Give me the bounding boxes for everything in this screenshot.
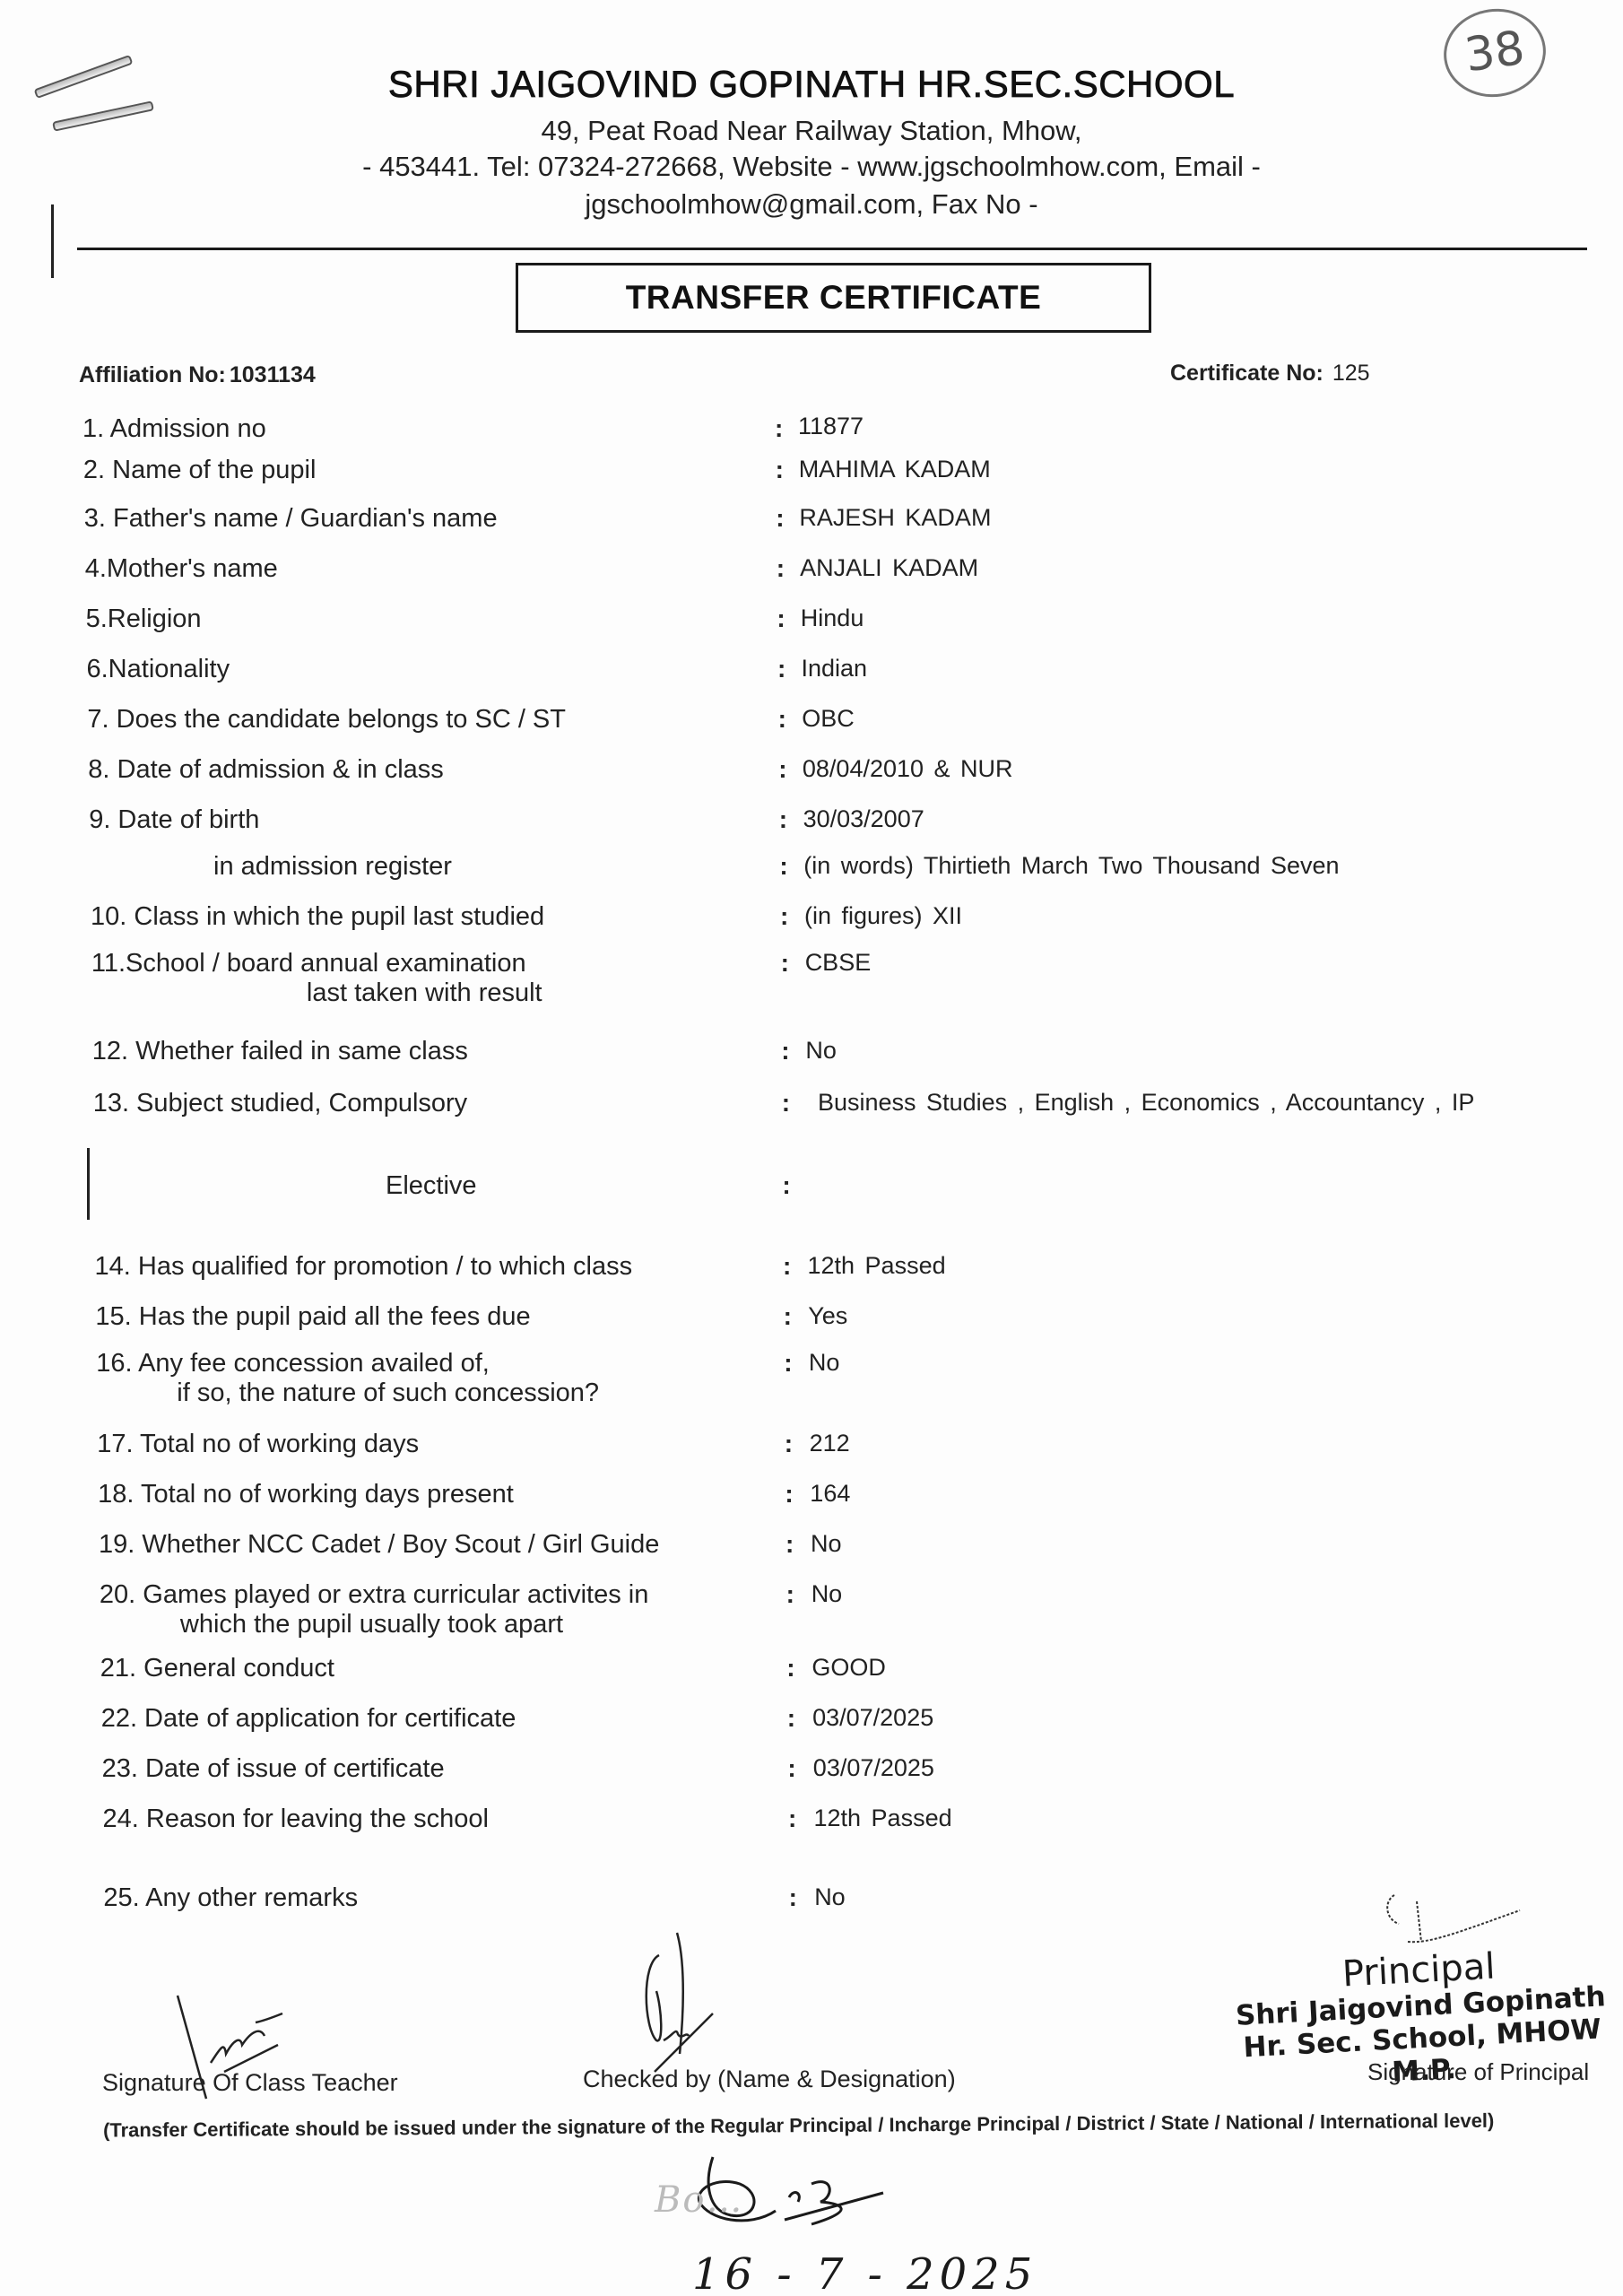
field-colon: : — [777, 655, 785, 683]
field-colon: : — [787, 1754, 795, 1783]
field-value: Indian — [802, 655, 868, 683]
field-label: 15. Has the pupil paid all the fees due — [95, 1302, 530, 1332]
field-value: 11877 — [798, 413, 864, 440]
field-label-text: 12. Whether failed in same class — [92, 1037, 468, 1065]
address-line-3: jgschoolmhow@gmail.com, Fax No - — [0, 188, 1623, 221]
field-value: 164 — [810, 1480, 850, 1508]
field-colon: : — [785, 1480, 793, 1509]
field-value: 12th Passed — [808, 1252, 946, 1280]
field-colon: : — [784, 1302, 792, 1331]
field-label: 13. Subject studied, Compulsory — [93, 1089, 468, 1118]
address-line-1: 49, Peat Road Near Railway Station, Mhow… — [0, 115, 1623, 147]
field-label: 23. Date of issue of certificate — [102, 1754, 445, 1784]
field-colon: : — [785, 1430, 793, 1458]
field-label: 25. Any other remarks — [103, 1883, 358, 1913]
field-value: (in words) Thirtieth March Two Thousand … — [803, 852, 1339, 880]
footer-note: (Transfer Certificate should be issued u… — [103, 2109, 1538, 2142]
field-colon: : — [783, 1252, 791, 1281]
field-label-text: 23. Date of issue of certificate — [102, 1754, 445, 1783]
field-value: Hindu — [801, 604, 864, 632]
certificate-number: Certificate No:125 — [1170, 361, 1370, 387]
field-label-text: 19. Whether NCC Cadet / Boy Scout / Girl… — [99, 1530, 659, 1559]
affiliation-value: 1031134 — [230, 362, 316, 387]
field-value: 212 — [810, 1430, 850, 1457]
field-colon: : — [775, 414, 783, 443]
field-value: OBC — [802, 705, 855, 733]
field-label: 9. Date of birth — [89, 805, 259, 835]
checked-by-label: Checked by (Name & Designation) — [583, 2066, 956, 2093]
certificate-value: 125 — [1332, 361, 1370, 386]
field-label-subtext: if so, the nature of such concession? — [96, 1378, 599, 1408]
field-label: 5.Religion — [86, 604, 202, 634]
certificate-title: TRANSFER CERTIFICATE — [626, 279, 1042, 317]
field-colon: : — [776, 504, 784, 533]
field-colon: : — [789, 1883, 797, 1912]
field-label-text: 15. Has the pupil paid all the fees due — [95, 1302, 530, 1331]
field-value: Business Studies , English , Economics ,… — [818, 1089, 1474, 1117]
field-value: No — [809, 1349, 840, 1377]
field-label: 10. Class in which the pupil last studie… — [91, 902, 544, 932]
field-label: 20. Games played or extra curricular act… — [100, 1580, 648, 1639]
margin-mark — [87, 1148, 90, 1220]
field-value: Yes — [808, 1302, 847, 1330]
field-value: CBSE — [805, 949, 872, 977]
field-label-text: 8. Date of admission & in class — [88, 755, 444, 784]
field-label-text: 11.School / board annual examination — [91, 949, 526, 978]
field-label-text: 21. General conduct — [100, 1654, 334, 1683]
field-colon: : — [777, 554, 785, 583]
school-name: SHRI JAIGOVIND GOPINATH HR.SEC.SCHOOL — [0, 63, 1623, 106]
field-value: No — [811, 1580, 843, 1608]
field-colon: : — [779, 852, 787, 881]
field-label: 11.School / board annual examinationlast… — [91, 949, 542, 1008]
certificate-title-box: TRANSFER CERTIFICATE — [516, 263, 1151, 333]
field-label: 21. General conduct — [100, 1654, 334, 1683]
field-value: (in figures) XII — [804, 902, 962, 930]
affiliation-label: Affiliation No: — [79, 362, 226, 387]
field-colon: : — [777, 604, 785, 633]
handwritten-date: 16 - 7 - 2025 — [692, 2249, 1037, 2296]
field-colon: : — [786, 1580, 794, 1609]
field-label: 24. Reason for leaving the school — [103, 1805, 489, 1834]
field-label: 18. Total no of working days present — [98, 1480, 514, 1509]
field-value: No — [805, 1037, 837, 1065]
field-label-text: 10. Class in which the pupil last studie… — [91, 902, 544, 931]
field-label-text: 16. Any fee concession availed of, — [96, 1349, 490, 1378]
field-value: 30/03/2007 — [803, 805, 924, 833]
affiliation-number: Affiliation No:1031134 — [79, 362, 316, 388]
field-colon: : — [786, 1654, 794, 1683]
field-label: 17. Total no of working days — [97, 1430, 419, 1459]
field-value: No — [814, 1883, 846, 1911]
principal-signature-label: Signature of Principal — [1367, 2058, 1589, 2086]
field-label-text: 7. Does the candidate belongs to SC / ST — [87, 705, 566, 734]
field-label-text: 17. Total no of working days — [97, 1430, 419, 1458]
address-line-2: - 453441. Tel: 07324-272668, Website - w… — [0, 151, 1623, 183]
field-value: 03/07/2025 — [813, 1754, 934, 1782]
field-value: No — [811, 1530, 842, 1558]
field-colon: : — [781, 949, 789, 978]
field-label: 12. Whether failed in same class — [92, 1037, 468, 1066]
header-divider — [77, 248, 1587, 250]
field-colon: : — [778, 755, 786, 784]
field-label-text: 5.Religion — [86, 604, 202, 633]
field-label-subtext: which the pupil usually took apart — [100, 1610, 648, 1639]
field-label-text: 14. Has qualified for promotion / to whi… — [95, 1252, 633, 1281]
field-value: 08/04/2010 & NUR — [803, 755, 1013, 783]
field-colon: : — [779, 805, 787, 834]
field-value: 12th Passed — [814, 1805, 952, 1832]
field-label-text: 24. Reason for leaving the school — [103, 1805, 489, 1833]
field-colon: : — [785, 1530, 794, 1559]
field-colon: : — [780, 902, 788, 931]
field-colon: : — [782, 1171, 790, 1200]
field-value: ANJALI KADAM — [800, 554, 978, 582]
field-label: 2. Name of the pupil — [83, 456, 317, 485]
field-label-text: 20. Games played or extra curricular act… — [100, 1580, 648, 1609]
transfer-certificate-page: 38 SHRI JAIGOVIND GOPINATH HR.SEC.SCHOOL… — [0, 0, 1623, 2296]
field-label: 6.Nationality — [87, 655, 230, 684]
field-value: RAJESH KADAM — [799, 504, 991, 532]
field-label: Elective — [386, 1171, 477, 1201]
field-label-text: 6.Nationality — [87, 655, 230, 683]
field-value: MAHIMA KADAM — [799, 456, 991, 483]
class-teacher-signature-label: Signature Of Class Teacher — [102, 2069, 398, 2097]
field-colon: : — [788, 1805, 796, 1833]
field-label-text: 22. Date of application for certificate — [101, 1704, 516, 1733]
field-label: 16. Any fee concession availed of,if so,… — [96, 1349, 599, 1408]
field-label: 8. Date of admission & in class — [88, 755, 444, 785]
field-colon: : — [781, 1037, 789, 1065]
field-label-text: 2. Name of the pupil — [83, 456, 317, 484]
field-label: 22. Date of application for certificate — [101, 1704, 516, 1734]
field-label-text: Elective — [386, 1171, 477, 1200]
field-label: 4.Mother's name — [85, 554, 278, 584]
field-label-text: in admission register — [213, 852, 452, 881]
field-colon: : — [784, 1349, 792, 1378]
field-label: 1. Admission no — [82, 414, 266, 444]
field-label-text: 25. Any other remarks — [103, 1883, 358, 1912]
field-label: 19. Whether NCC Cadet / Boy Scout / Girl… — [99, 1530, 659, 1560]
field-value: 03/07/2025 — [812, 1704, 933, 1732]
field-colon: : — [787, 1704, 795, 1733]
field-label-text: 13. Subject studied, Compulsory — [93, 1089, 468, 1118]
field-label-text: 1. Admission no — [82, 414, 266, 443]
checker-signature — [637, 1928, 744, 2081]
field-label: in admission register — [213, 852, 452, 882]
field-label: 14. Has qualified for promotion / to whi… — [95, 1252, 633, 1282]
field-label-text: 9. Date of birth — [89, 805, 259, 834]
certificate-label: Certificate No: — [1170, 361, 1324, 386]
field-colon: : — [782, 1089, 790, 1118]
field-colon: : — [776, 456, 784, 484]
field-label: 3. Father's name / Guardian's name — [84, 504, 498, 534]
field-label: 7. Does the candidate belongs to SC / ST — [87, 705, 566, 735]
field-colon: : — [778, 705, 786, 734]
field-label-text: 18. Total no of working days present — [98, 1480, 514, 1509]
field-label-text: 4.Mother's name — [85, 554, 278, 583]
field-label-subtext: last taken with result — [91, 978, 542, 1008]
field-value: GOOD — [811, 1654, 886, 1682]
faint-handwriting: Bo… — [655, 2179, 743, 2221]
field-label-text: 3. Father's name / Guardian's name — [84, 504, 498, 533]
